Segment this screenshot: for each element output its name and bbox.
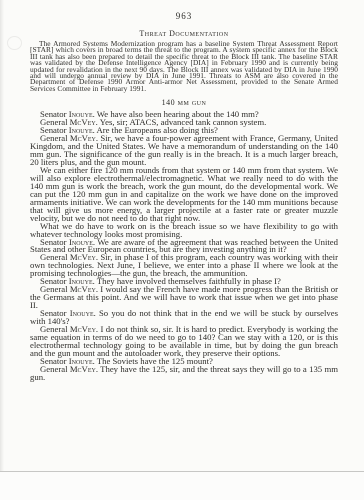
page-content: 963 Threat Documentation The Armored Sys… xyxy=(30,11,338,382)
scanner-background xyxy=(0,472,364,500)
speaker-name: McVey xyxy=(70,133,96,143)
dialogue-paragraph: We can either fire 120 mm rounds from th… xyxy=(30,167,338,223)
dialogue-paragraph: General McVey. Sir, we have a four-power… xyxy=(30,135,338,167)
speaker-name: Inouye xyxy=(69,237,93,247)
section-heading-140mm-gun: 140 mm gun xyxy=(30,98,338,107)
speaker-name: McVey xyxy=(70,324,96,334)
dialogue-paragraph: General McVey. Sir, in phase I of this p… xyxy=(30,254,338,278)
section-heading-threat-documentation: Threat Documentation xyxy=(30,29,338,38)
scan-ring-artifact xyxy=(7,36,22,50)
scanned-document-page: 963 Threat Documentation The Armored Sys… xyxy=(0,0,364,500)
speaker-name: Inouye xyxy=(70,308,94,318)
intro-paragraph: The Armored Systems Modernization progra… xyxy=(30,41,338,92)
intro-paragraphs: The Armored Systems Modernization progra… xyxy=(30,41,338,92)
dialogue-paragraph: General McVey. They have the 125, sir, a… xyxy=(30,366,338,382)
speaker-name: McVey xyxy=(70,252,96,262)
page-number: 963 xyxy=(30,11,338,21)
speaker-name: McVey xyxy=(70,364,96,374)
scan-left-edge-shadow xyxy=(0,0,4,500)
dialogue-paragraph: General McVey. I do not think so, sir. I… xyxy=(30,326,338,358)
dialogue-paragraph: General McVey. I would say the French ha… xyxy=(30,286,338,310)
speaker-name: McVey xyxy=(70,284,96,294)
dialogue: Senator Inouye. We have also been hearin… xyxy=(30,111,338,381)
